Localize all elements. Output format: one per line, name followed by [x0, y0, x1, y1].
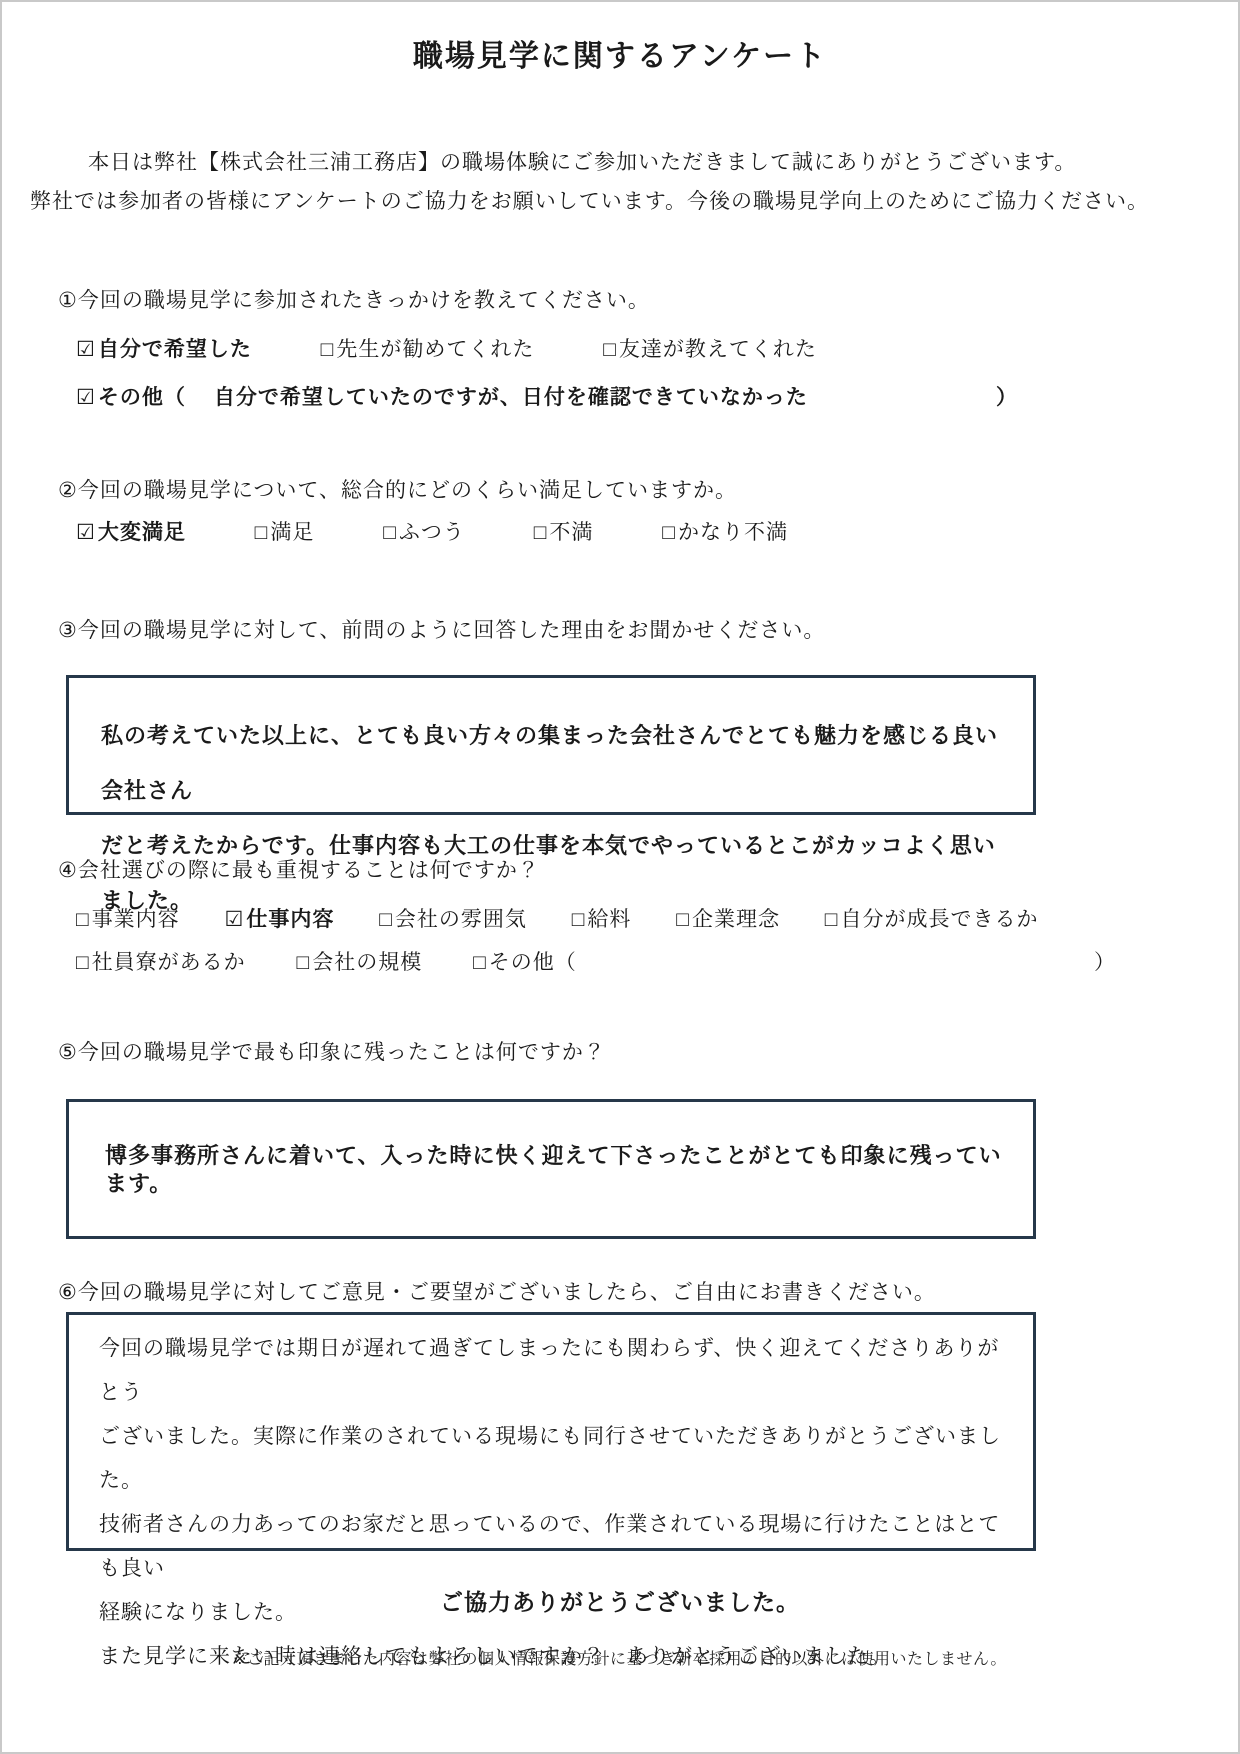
close-paren: ） — [996, 385, 1018, 410]
checkbox-checked-icon: ☑ — [76, 521, 96, 544]
checkbox-unchecked-icon: □ — [321, 338, 335, 361]
checkbox-unchecked-icon: □ — [473, 951, 487, 974]
page-title: 職場見学に関するアンケート — [2, 36, 1238, 78]
q4-option-job-content[interactable]: ☑仕事内容 — [225, 907, 335, 932]
checkbox-unchecked-icon: □ — [379, 908, 393, 931]
q5-heading: ⑤今回の職場見学で最も印象に残ったことは何ですか？ — [58, 1040, 1238, 1065]
q4-option-other[interactable]: □その他（ — [473, 950, 577, 975]
q6-answer-box[interactable]: 今回の職場見学では期日が遅れて過ぎてしまったにも関わらず、快く迎えてくださりあり… — [66, 1312, 1036, 1551]
q2-option-dissatisfied[interactable]: □不満 — [534, 520, 594, 545]
option-label: 給料 — [587, 908, 631, 931]
checkbox-checked-icon: ☑ — [225, 908, 245, 931]
option-label: 満足 — [270, 521, 314, 544]
checkbox-unchecked-icon: □ — [662, 521, 676, 544]
q4-option-company-size[interactable]: □会社の規模 — [297, 950, 423, 975]
option-label: 会社の規模 — [312, 951, 422, 974]
checkbox-unchecked-icon: □ — [603, 338, 617, 361]
q3-answer-line1: 私の考えていた以上に、とても良い方々の集まった会社さんでとても魅力を感じる良い会… — [101, 708, 1013, 818]
intro-paragraph-line1: 本日は弊社【株式会社三浦工務店】の職場体験にご参加いただきまして誠にありがとうご… — [88, 150, 1198, 175]
survey-document: 職場見学に関するアンケート 本日は弊社【株式会社三浦工務店】の職場体験にご参加い… — [0, 0, 1240, 1754]
option-label: その他（ — [489, 951, 577, 974]
q1-option-teacher-recommended[interactable]: □先生が勧めてくれた — [321, 337, 535, 362]
checkbox-unchecked-icon: □ — [534, 521, 548, 544]
q1-other-answer-text[interactable]: 自分で希望していたのですが、日付を確認できていなかった — [214, 386, 808, 409]
checkbox-unchecked-icon: □ — [255, 521, 269, 544]
q2-option-very-dissatisfied[interactable]: □かなり不満 — [662, 520, 788, 545]
option-label: ふつう — [399, 521, 465, 544]
q4-option-corporate-philosophy[interactable]: □企業理念 — [676, 907, 780, 932]
option-label: 先生が勧めてくれた — [336, 338, 534, 361]
option-label: 事業内容 — [92, 908, 180, 931]
checkbox-unchecked-icon: □ — [76, 951, 90, 974]
checkbox-checked-icon: ☑ — [76, 386, 96, 409]
q4-option-personal-growth[interactable]: □自分が成長できるか — [825, 907, 1039, 932]
option-label: 不満 — [549, 521, 593, 544]
checkbox-unchecked-icon: □ — [297, 951, 311, 974]
q6-answer-line3: 技術者さんの力あってのお家だと思っているので、作業されている現場に行けたことはと… — [99, 1503, 1015, 1591]
q6-answer-line2: ございました。実際に作業のされている現場にも同行させていただきありがとうございま… — [99, 1415, 1015, 1503]
q4-option-salary[interactable]: □給料 — [572, 907, 632, 932]
checkbox-unchecked-icon: □ — [383, 521, 397, 544]
q2-options-row: ☑大変満足 □満足 □ふつう □不満 □かなり不満 — [76, 520, 1238, 545]
q4-options-row-1: □事業内容 ☑仕事内容 □会社の雰囲気 □給料 □企業理念 □自分が成長できるか — [76, 907, 1238, 932]
option-label: 社員寮があるか — [92, 951, 246, 974]
q2-heading: ②今回の職場見学について、総合的にどのくらい満足していますか。 — [58, 478, 1238, 503]
q4-options-row-2: □社員寮があるか □会社の規模 □その他（ ） — [76, 950, 1238, 975]
checkbox-checked-icon: ☑ — [76, 338, 96, 361]
checkbox-unchecked-icon: □ — [76, 908, 90, 931]
option-label: 企業理念 — [692, 908, 780, 931]
option-label: 仕事内容 — [246, 908, 334, 931]
q1-option-self-request[interactable]: ☑自分で希望した — [76, 337, 252, 362]
close-paren: ） — [1094, 950, 1116, 975]
checkbox-unchecked-icon: □ — [676, 908, 690, 931]
q1-option-friend-told[interactable]: □友達が教えてくれた — [603, 337, 817, 362]
q5-answer-box[interactable]: 博多事務所さんに着いて、入った時に快く迎えて下さったことがとても印象に残っていま… — [66, 1099, 1036, 1239]
q5-answer-line1: 博多事務所さんに着いて、入った時に快く迎えて下さったことがとても印象に残っていま… — [105, 1142, 1013, 1198]
option-label: 会社の雰囲気 — [395, 908, 527, 931]
q3-heading: ③今回の職場見学に対して、前問のように回答した理由をお聞かせください。 — [58, 618, 1238, 643]
option-label: 大変満足 — [98, 521, 186, 544]
q2-option-very-satisfied[interactable]: ☑大変満足 — [76, 520, 186, 545]
q4-option-company-atmosphere[interactable]: □会社の雰囲気 — [379, 907, 527, 932]
intro-paragraph-line2: 弊社では参加者の皆様にアンケートのご協力をお願いしています。今後の職場見学向上の… — [30, 189, 1218, 214]
checkbox-unchecked-icon: □ — [572, 908, 586, 931]
q6-heading: ⑥今回の職場見学に対してご意見・ご要望がございましたら、ご自由にお書きください。 — [58, 1280, 1238, 1305]
q3-answer-box[interactable]: 私の考えていた以上に、とても良い方々の集まった会社さんでとても魅力を感じる良い会… — [66, 675, 1036, 815]
option-label: 自分が成長できるか — [840, 908, 1038, 931]
q2-option-satisfied[interactable]: □満足 — [255, 520, 315, 545]
option-label: かなり不満 — [678, 521, 788, 544]
q4-option-company-dormitory[interactable]: □社員寮があるか — [76, 950, 246, 975]
q2-option-neutral[interactable]: □ふつう — [383, 520, 465, 545]
option-label: 友達が教えてくれた — [619, 338, 817, 361]
q1-options-row: ☑自分で希望した □先生が勧めてくれた □友達が教えてくれた — [76, 337, 1238, 362]
q1-heading: ①今回の職場見学に参加されたきっかけを教えてください。 — [58, 288, 1238, 313]
checkbox-unchecked-icon: □ — [825, 908, 839, 931]
q1-other-row: ☑その他（自分で希望していたのですが、日付を確認できていなかった ） — [76, 385, 1238, 410]
option-label: 自分で希望した — [98, 338, 252, 361]
option-label: その他（ — [98, 386, 186, 409]
q1-option-other[interactable]: ☑その他（ — [76, 385, 186, 410]
q4-option-business-content[interactable]: □事業内容 — [76, 907, 180, 932]
q6-answer-line1: 今回の職場見学では期日が遅れて過ぎてしまったにも関わらず、快く迎えてくださりあり… — [99, 1327, 1015, 1415]
